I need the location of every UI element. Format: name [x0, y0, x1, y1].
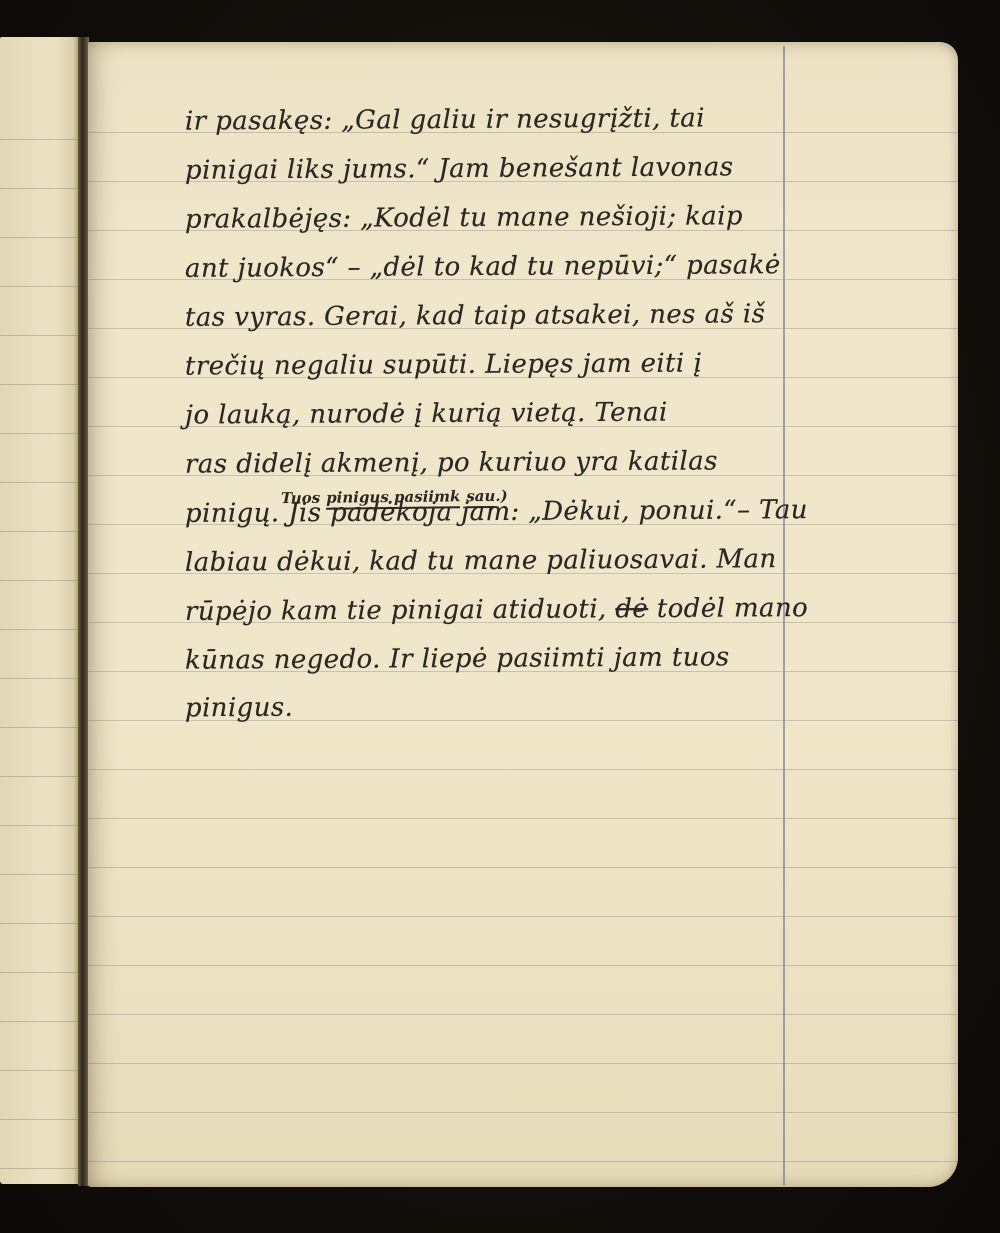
- handwriting-line: prakalbėjęs: „Kodėl tu mane nešioji; kai…: [185, 199, 743, 236]
- handwriting-line: tas vyras. Gerai, kad taip atsakei, nes …: [185, 297, 765, 335]
- adjacent-page-edge: [0, 37, 80, 1184]
- handwriting-line-with-strikethrough: rūpėjo kam tie pinigai atiduoti, dė todė…: [185, 591, 808, 629]
- handwriting-line: ant juokos“ – „dėl to kad tu nepūvi;“ pa…: [185, 248, 781, 286]
- handwriting-line: ir pasakęs: „Gal galiu ir nesugrįžti, ta…: [185, 101, 705, 138]
- handwriting-line: trečių negaliu supūti. Liepęs jam eiti į: [185, 346, 702, 383]
- struck-word: dė: [615, 594, 648, 624]
- handwriting-line: kūnas negedo. Ir liepė pasiimti jam tuos: [185, 640, 730, 677]
- handwriting-line: jo lauką, nurodė į kurią vietą. Tenai: [185, 396, 668, 433]
- line-text-pre: rūpėjo kam tie pinigai atiduoti,: [185, 594, 616, 627]
- handwriting-line: labiau dėkui, kad tu mane paliuosavai. M…: [185, 542, 777, 580]
- adjacent-page-ruled-lines: [0, 139, 80, 1180]
- handwriting-line: pinigai liks jums.“ Jam benešant lavonas: [185, 150, 734, 187]
- handwriting-line: pinigus.: [185, 691, 293, 726]
- scanned-notebook-photo: { "document": { "kind": "handwritten not…: [0, 0, 1000, 1233]
- line-text-post: todėl mano: [648, 593, 808, 624]
- handwriting-line: pinigų. Jis padėkoja jam: „Dėkui, ponui.…: [185, 493, 808, 531]
- handwriting-line: ras didelį akmenį, po kuriuo yra katilas: [185, 444, 718, 481]
- notebook-page: ir pasakęs: „Gal galiu ir nesugrįžti, ta…: [88, 42, 958, 1187]
